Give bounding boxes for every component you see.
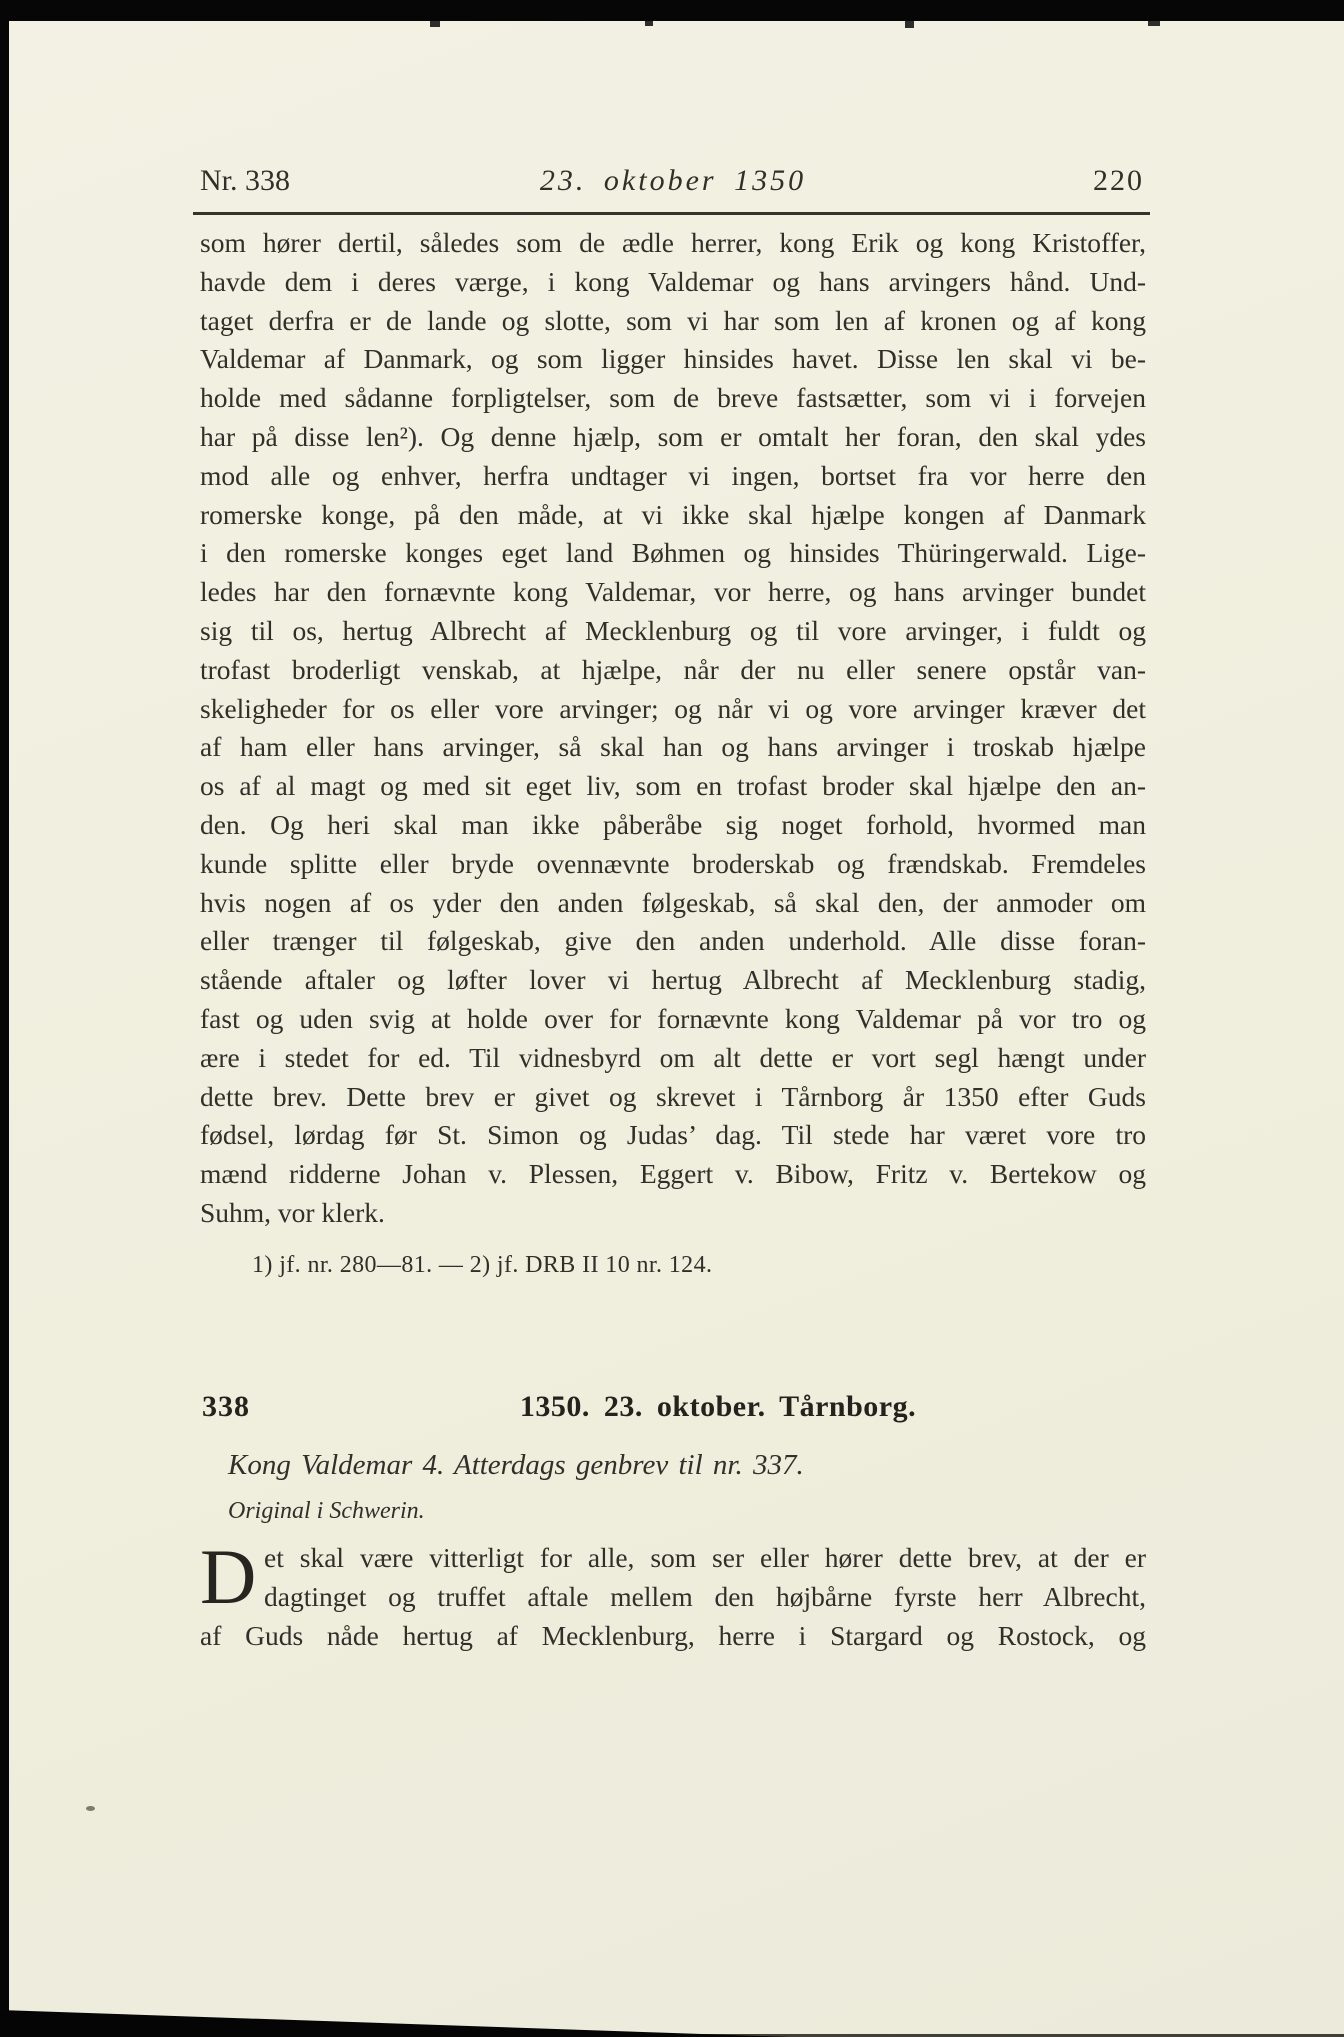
text-line: sig til os, hertug Albrecht af Mecklenbu… [200, 612, 1146, 651]
text-line: mænd ridderne Johan v. Plessen, Eggert v… [200, 1155, 1146, 1194]
text-line: os af al magt og med sit eget liv, som e… [200, 767, 1146, 806]
text-line: kunde splitte eller bryde ovennævnte bro… [200, 845, 1146, 884]
continuation-lines: et skal være vitterligt for alle, som se… [200, 1539, 1146, 1655]
text-line: holde med sådanne forpligtelser, som de … [200, 379, 1146, 418]
text-line: af ham eller hans arvinger, så skal han … [200, 728, 1146, 767]
text-line: fast og uden svig at holde over for forn… [200, 1000, 1146, 1039]
text-line: af Guds nåde hertug af Mecklenburg, herr… [200, 1617, 1146, 1656]
text-line: har på disse len²). Og denne hjælp, som … [200, 418, 1146, 457]
scan-edge-top [0, 0, 1344, 21]
document-text-paragraph: som hører dertil, således som de ædle he… [200, 224, 1146, 1233]
scan-streak [645, 21, 653, 26]
section-heading-row: 338 1350. 23. oktober. Tårnborg. [200, 1390, 1146, 1430]
scan-streak [905, 21, 914, 28]
scan-streak [1148, 21, 1160, 26]
ink-speck [86, 1806, 95, 1811]
page-number: 220 [1093, 164, 1144, 198]
text-line: den. Og heri skal man ikke påberåbe sig … [200, 806, 1146, 845]
text-line: ledes har den fornævnte kong Valdemar, v… [200, 573, 1146, 612]
continuation-paragraph: D et skal være vitterligt for alle, som … [200, 1539, 1146, 1655]
text-line: romerske konge, på den måde, at vi ikke … [200, 496, 1146, 535]
header-rule [193, 212, 1150, 215]
text-line: dette brev. Dette brev er givet og skrev… [200, 1078, 1146, 1117]
text-line: i den romerske konges eget land Bøhmen o… [200, 534, 1146, 573]
text-line: ære i stedet for ed. Til vidnesbyrd om a… [200, 1039, 1146, 1078]
text-line: eller trænger til følgeskab, give den an… [200, 922, 1146, 961]
scan-edge-left [0, 0, 9, 2037]
text-line: stående aftaler og løfter lover vi hertu… [200, 961, 1146, 1000]
header-date: 23. oktober 1350 [200, 164, 1146, 198]
text-line: mod alle og enhver, herfra undtager vi i… [200, 457, 1146, 496]
running-header: Nr. 338 23. oktober 1350 220 [200, 164, 1146, 204]
text-line: hvis nogen af os yder den anden følgeska… [200, 884, 1146, 923]
text-line-last: Suhm, vor klerk. [200, 1194, 1146, 1233]
paragraph-lines: som hører dertil, således som de ædle he… [200, 224, 1146, 1194]
section-number: 338 [202, 1390, 250, 1424]
footnote: 1) jf. nr. 280—81. — 2) jf. DRB II 10 nr… [252, 1252, 712, 1279]
section-heading: 1350. 23. oktober. Tårnborg. [245, 1390, 1191, 1424]
section-provenance: Original i Schwerin. [228, 1498, 425, 1525]
text-line: havde dem i deres værge, i kong Valdemar… [200, 263, 1146, 302]
drop-cap-letter: D [200, 1539, 258, 1617]
section-regest: Kong Valdemar 4. Atterdags genbrev til n… [228, 1449, 804, 1482]
scan-streak [430, 21, 440, 27]
text-line: taget derfra er de lande og slotte, som … [200, 302, 1146, 341]
text-line: Valdemar af Danmark, og som ligger hinsi… [200, 340, 1146, 379]
text-line: fødsel, lørdag før St. Simon og Judas’ d… [200, 1116, 1146, 1155]
page-content: Nr. 338 23. oktober 1350 220 som hører d… [0, 0, 1344, 2037]
text-line: dagtinget og truffet aftale mellem den h… [264, 1578, 1146, 1617]
text-line: trofast broderligt venskab, at hjælpe, n… [200, 651, 1146, 690]
scanned-book-page: Nr. 338 23. oktober 1350 220 som hører d… [0, 0, 1344, 2037]
text-line: et skal være vitterligt for alle, som se… [264, 1539, 1146, 1578]
text-line: som hører dertil, således som de ædle he… [200, 224, 1146, 263]
text-line: skeligheder for os eller vore arvinger; … [200, 690, 1146, 729]
